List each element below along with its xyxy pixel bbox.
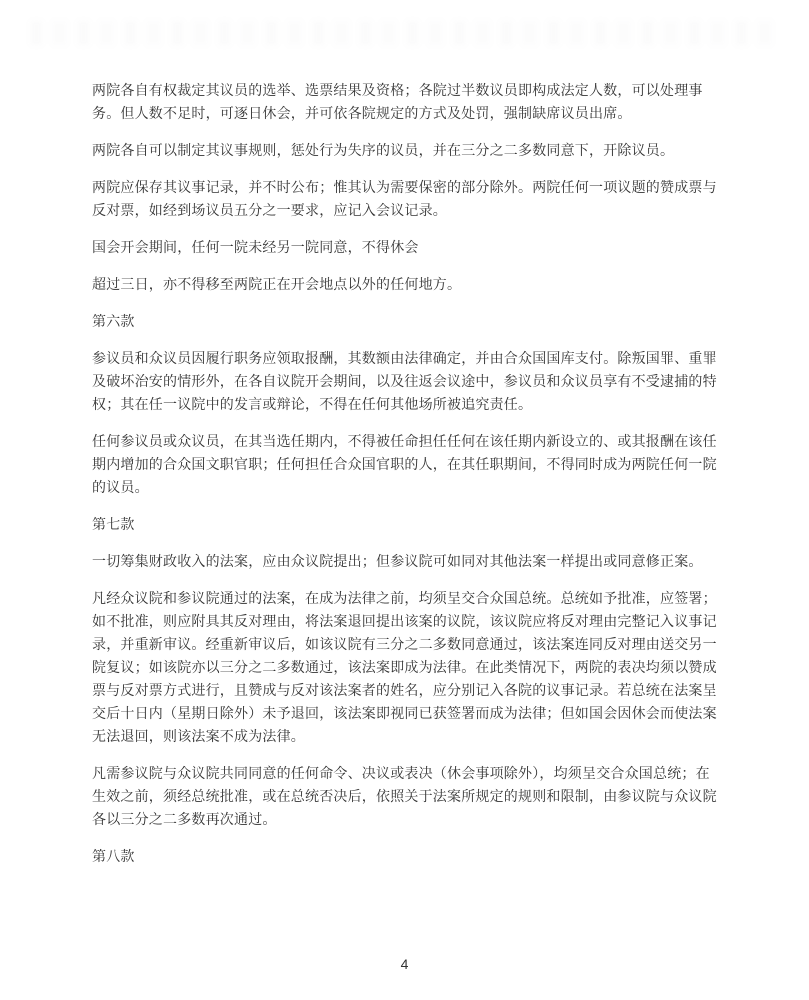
paragraph: 两院应保存其议事记录，并不时公布；惟其认为需要保密的部分除外。两院任何一项议题的…: [92, 176, 717, 222]
document-page: 两院各自有权裁定其议员的选举、选票结果及资格；各院过半数议员即构成法定人数，可以…: [0, 0, 809, 1000]
paragraph: 任何参议员或众议员，在其当选任期内，不得被任命担任任何在该任期内新设立的、或其报…: [92, 430, 717, 499]
paragraph: 一切筹集财政收入的法案，应由众议院提出；但参议院可如同对其他法案一样提出或同意修…: [92, 550, 717, 573]
section-heading-7: 第七款: [92, 513, 717, 536]
paragraph: 国会开会期间，任何一院未经另一院同意，不得休会: [92, 236, 717, 259]
paragraph: 参议员和众议员因履行职务应领取报酬，其数额由法律确定，并由合众国国库支付。除叛国…: [92, 347, 717, 416]
paragraph: 两院各自有权裁定其议员的选举、选票结果及资格；各院过半数议员即构成法定人数，可以…: [92, 79, 717, 125]
section-heading-6: 第六款: [92, 310, 717, 333]
page-number: 4: [401, 956, 409, 972]
document-body: 两院各自有权裁定其议员的选举、选票结果及资格；各院过半数议员即构成法定人数，可以…: [92, 79, 717, 882]
paragraph: 凡需参议院与众议院共同同意的任何命令、决议或表决（休会事项除外），均须呈交合众国…: [92, 762, 717, 831]
page-footer: 4: [0, 954, 809, 974]
section-heading-8: 第八款: [92, 845, 717, 868]
paragraph: 凡经众议院和参议院通过的法案，在成为法律之前，均须呈交合众国总统。总统如予批准，…: [92, 587, 717, 748]
paragraph: 超过三日，亦不得移至两院正在开会地点以外的任何地方。: [92, 273, 717, 296]
paragraph: 两院各自可以制定其议事规则，惩处行为失序的议员，并在三分之二多数同意下，开除议员…: [92, 139, 717, 162]
faded-print-artifact: [30, 20, 778, 46]
